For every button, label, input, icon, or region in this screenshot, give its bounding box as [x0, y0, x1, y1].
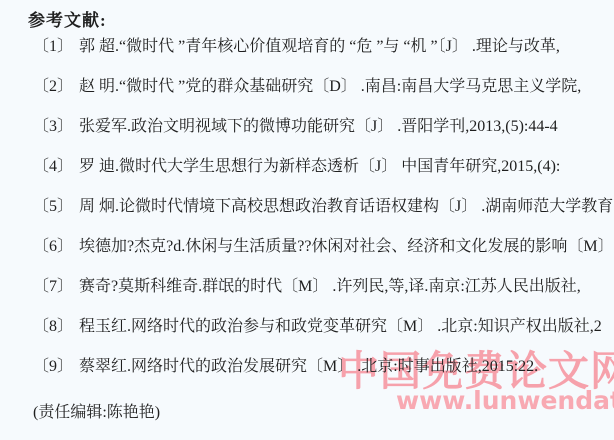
reference-item: 〔5〕周 炯.论微时代情境下高校思想政治教育话语权建构〔J〕 .湖南师范大学教育	[33, 187, 614, 227]
reference-item: 〔2〕赵 明.“微时代 ”党的群众基础研究〔D〕 .南昌:南昌大学马克思主义学院…	[33, 67, 614, 107]
reference-text: 赛奇?莫斯科维奇.群氓的时代〔M〕 .许列民,等,译.南京:江苏人民出版社,	[79, 278, 581, 295]
watermark-site-url: www.lunwendata.com	[396, 386, 614, 415]
reference-number: 〔9〕	[33, 358, 73, 375]
reference-item: 〔3〕张爱军.政治文明视域下的微博功能研究〔J〕 .晋阳学刊,2013,(5):…	[33, 107, 614, 147]
reference-number: 〔3〕	[33, 118, 73, 135]
reference-text: 蔡翠红.网络时代的政治发展研究〔M〕 .北京:时事出版社,2015:22.	[79, 358, 538, 375]
reference-item: 〔7〕赛奇?莫斯科维奇.群氓的时代〔M〕 .许列民,等,译.南京:江苏人民出版社…	[33, 267, 614, 307]
reference-number: 〔2〕	[33, 78, 73, 95]
reference-item: 〔9〕蔡翠红.网络时代的政治发展研究〔M〕 .北京:时事出版社,2015:22.	[33, 347, 614, 387]
reference-text: 罗 迪.微时代大学生思想行为新样态透析〔J〕 中国青年研究,2015,(4):	[79, 158, 560, 175]
reference-number: 〔4〕	[33, 158, 73, 175]
reference-number: 〔5〕	[33, 198, 73, 215]
reference-text: 郭 超.“微时代 ”青年核心价值观培育的 “危 ”与 “机 ”〔J〕 .理论与改…	[79, 38, 560, 55]
reference-text: 周 炯.论微时代情境下高校思想政治教育话语权建构〔J〕 .湖南师范大学教育	[79, 198, 613, 215]
references-list: 〔1〕郭 超.“微时代 ”青年核心价值观培育的 “危 ”与 “机 ”〔J〕 .理…	[33, 27, 614, 387]
editor-note: (责任编辑:陈艳艳)	[33, 399, 160, 422]
reference-number: 〔8〕	[33, 318, 73, 335]
reference-text: 埃德加?杰克?d.休闲与生活质量??休闲对社会、经济和文化发展的影响〔M〕 .	[79, 238, 614, 255]
reference-number: 〔7〕	[33, 278, 73, 295]
reference-item: 〔6〕埃德加?杰克?d.休闲与生活质量??休闲对社会、经济和文化发展的影响〔M〕…	[33, 227, 614, 267]
reference-text: 程玉红.网络时代的政治参与和政党变革研究〔M〕 .北京:知识产权出版社,2	[79, 318, 602, 335]
reference-number: 〔6〕	[33, 238, 73, 255]
reference-item: 〔4〕罗 迪.微时代大学生思想行为新样态透析〔J〕 中国青年研究,2015,(4…	[33, 147, 614, 187]
reference-text: 赵 明.“微时代 ”党的群众基础研究〔D〕 .南昌:南昌大学马克思主义学院,	[79, 78, 581, 95]
reference-item: 〔1〕郭 超.“微时代 ”青年核心价值观培育的 “危 ”与 “机 ”〔J〕 .理…	[33, 27, 614, 67]
reference-item: 〔8〕程玉红.网络时代的政治参与和政党变革研究〔M〕 .北京:知识产权出版社,2	[33, 307, 614, 347]
reference-text: 张爱军.政治文明视域下的微博功能研究〔J〕 .晋阳学刊,2013,(5):44-…	[79, 118, 558, 135]
reference-number: 〔1〕	[33, 38, 73, 55]
